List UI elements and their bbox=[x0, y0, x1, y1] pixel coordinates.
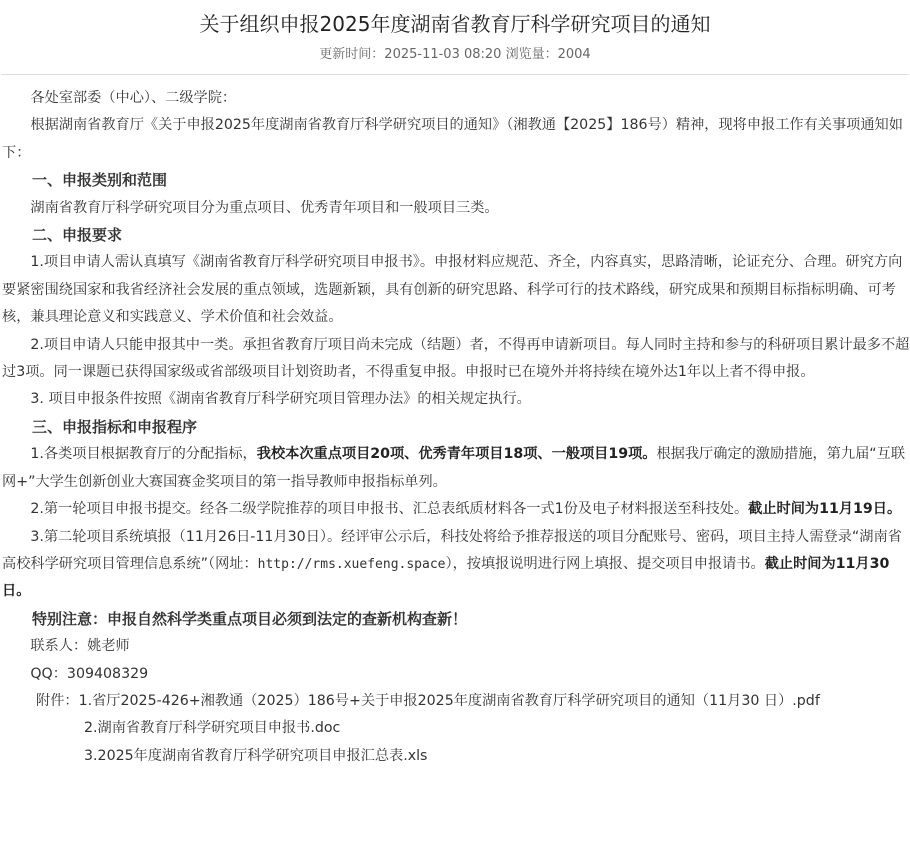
section3-item1-text: 1.各类项目根据教育厅的分配指标， bbox=[30, 446, 256, 462]
section3-item3: 3.第二轮项目系统填报（11月26日-11月30日）。经评审公示后，科技处将给予… bbox=[2, 524, 910, 606]
article-header: 关于组织申报2025年度湖南省教育厅科学研究项目的通知 更新时间：2025-11… bbox=[0, 0, 910, 75]
attachments-row-2: 2.湖南省教育厅科学研究项目申报书.doc bbox=[2, 715, 910, 742]
salutation: 各处室部委（中心）、二级学院： bbox=[2, 85, 910, 112]
deadline-first-round: 截止时间为11月19日。 bbox=[748, 501, 901, 517]
intro-paragraph: 根据湖南省教育厅《关于申报2025年度湖南省教育厅科学研究项目的通知》（湘教通【… bbox=[2, 112, 910, 167]
contact-qq: QQ：309408329 bbox=[2, 661, 910, 688]
article-body: 各处室部委（中心）、二级学院： 根据湖南省教育厅《关于申报2025年度湖南省教育… bbox=[0, 85, 910, 770]
contact-person: 联系人：姚老师 bbox=[2, 633, 910, 660]
section2-item2: 2.项目申请人只能申报其中一类。承担省教育厅项目尚未完成（结题）者，不得再申请新… bbox=[2, 332, 910, 387]
quota-highlight: 我校本次重点项目20项、优秀青年项目18项、一般项目19项。 bbox=[257, 446, 657, 462]
attachment-link-2[interactable]: 2.湖南省教育厅科学研究项目申报书.doc bbox=[84, 720, 340, 736]
system-url: http://rms.xuefeng.space bbox=[258, 557, 446, 572]
views-value: 2004 bbox=[558, 47, 591, 62]
attachment-link-3[interactable]: 3.2025年度湖南省教育厅科学研究项目申报汇总表.xls bbox=[84, 748, 427, 764]
section1-heading: 一、申报类别和范围 bbox=[2, 167, 910, 194]
section3-item2-text: 2.第一轮项目申报书提交。经各二级学院推荐的项目申报书、汇总表纸质材料各一式1份… bbox=[30, 501, 748, 517]
article-meta: 更新时间：2025-11-03 08:20 浏览量：2004 bbox=[0, 46, 910, 64]
section3-heading: 三、申报指标和申报程序 bbox=[2, 414, 910, 441]
attachments-row: 附件：1.省厅2025-426+湘教通（2025）186号+关于申报2025年度… bbox=[2, 688, 910, 715]
section3-item3-text-mid: ），按填报说明进行网上填报、提交项目申报请书。 bbox=[445, 556, 764, 572]
article-title: 关于组织申报2025年度湖南省教育厅科学研究项目的通知 bbox=[0, 0, 910, 38]
section3-item2: 2.第一轮项目申报书提交。经各二级学院推荐的项目申报书、汇总表纸质材料各一式1份… bbox=[2, 496, 910, 523]
views-label: 浏览量： bbox=[506, 47, 558, 62]
section1-text: 湖南省教育厅科学研究项目分为重点项目、优秀青年项目和一般项目三类。 bbox=[2, 195, 910, 222]
special-notice: 特别注意：申报自然科学类重点项目必须到法定的查新机构查新！ bbox=[2, 606, 910, 633]
section2-heading: 二、申报要求 bbox=[2, 222, 910, 249]
attachment-link-1[interactable]: 1.省厅2025-426+湘教通（2025）186号+关于申报2025年度湖南省… bbox=[79, 693, 820, 709]
section3-item1: 1.各类项目根据教育厅的分配指标，我校本次重点项目20项、优秀青年项目18项、一… bbox=[2, 441, 910, 496]
updated-value: 2025-11-03 08:20 bbox=[384, 47, 501, 62]
attachments-label: 附件： bbox=[36, 693, 79, 709]
updated-label: 更新时间： bbox=[319, 47, 384, 62]
section2-item3: 3. 项目申报条件按照《湖南省教育厅科学研究项目管理办法》的相关规定执行。 bbox=[2, 386, 910, 413]
header-divider bbox=[1, 74, 909, 75]
section2-item1: 1.项目申请人需认真填写《湖南省教育厅科学研究项目申报书》。申报材料应规范、齐全… bbox=[2, 249, 910, 331]
attachments-row-3: 3.2025年度湖南省教育厅科学研究项目申报汇总表.xls bbox=[2, 743, 910, 770]
